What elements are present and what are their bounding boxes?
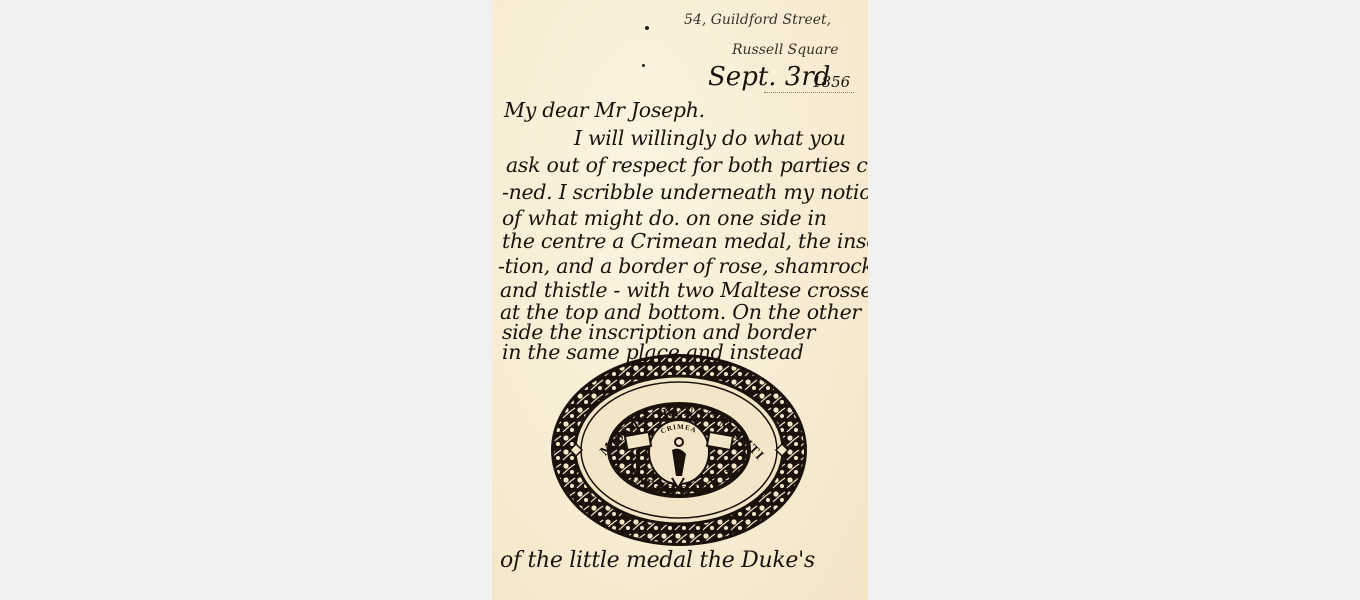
body-line: ask out of respect for both parties conc… bbox=[506, 153, 868, 177]
body-line: of what might do. on one side in bbox=[502, 206, 827, 230]
date-underline bbox=[764, 92, 854, 93]
medal-sketch: MISS·FLORENCE·NIGHTINGALE AND·HER·PARTY … bbox=[548, 350, 810, 550]
salutation: My dear Mr Joseph. bbox=[504, 98, 705, 122]
body-line: I will willingly do what you bbox=[574, 126, 846, 150]
letter-year: 1856 bbox=[812, 73, 850, 91]
address-line-1: 54, Guildford Street, bbox=[684, 12, 831, 28]
ink-speck bbox=[645, 26, 649, 30]
body-line: -tion, and a border of rose, shamrock bbox=[498, 254, 868, 278]
body-line: -ned. I scribble underneath my notion bbox=[502, 180, 868, 204]
address-line-2: Russell Square bbox=[732, 42, 839, 58]
letter-page: 54, Guildford Street, Russell Square Sep… bbox=[492, 0, 868, 600]
body-line: the centre a Crimean medal, the inscrip bbox=[502, 229, 868, 253]
closing-line: of the little medal the Duke's bbox=[500, 548, 815, 573]
body-line: and thistle - with two Maltese crosses bbox=[500, 278, 868, 302]
ink-speck bbox=[642, 64, 645, 67]
